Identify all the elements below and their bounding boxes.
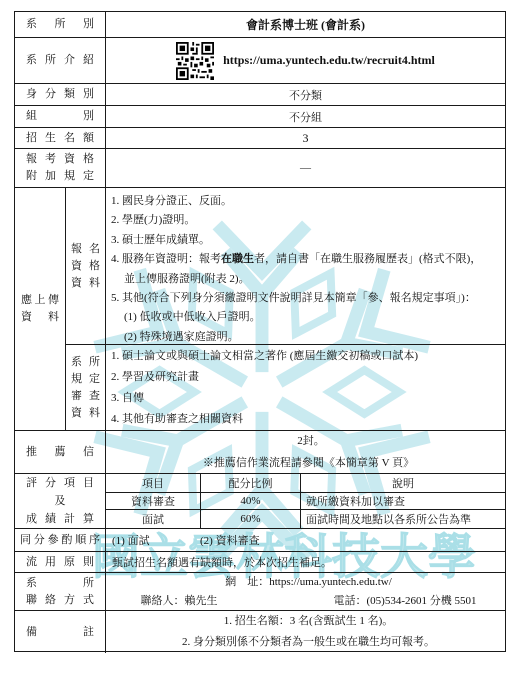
person-name: 賴先生: [185, 595, 218, 607]
extra-rule-value-cell: —: [106, 149, 505, 187]
row-label: 身分類別: [26, 86, 94, 103]
row-label-line2: 附加規定: [26, 168, 94, 185]
sublabel-line3: 審查: [71, 388, 100, 405]
website-url: https://uma.yuntech.edu.tw/: [269, 573, 392, 592]
row-label-line2: 資料: [21, 309, 59, 326]
contact-website-line: 網 址：https://uma.yuntech.edu.tw/: [225, 573, 392, 592]
table-row-quota: 招生名額 3: [15, 128, 505, 149]
table-row-transfer: 流用原則 甄試招生名額遇有缺額時，於本次招生補足。: [15, 552, 505, 573]
register-item-1: 1. 國民身分證正、反面。: [111, 192, 501, 211]
row-label: 推薦信: [26, 444, 94, 461]
upload-label-cell: 應上傳 資料: [15, 188, 66, 430]
phone-label: 電話：: [334, 595, 367, 607]
row-label: 組別: [26, 108, 94, 125]
tiebreak-label-cell: 同分參酌順序: [15, 529, 106, 551]
quota-value-cell: 3: [106, 128, 505, 148]
contact-person: 聯絡人：賴先生: [141, 592, 334, 611]
score-inner-table: 項目 配分比例 說明 資料審查 40% 就所繳資料加以審查 面試 60% 面試時…: [106, 474, 505, 528]
row-label: 招生名額: [26, 130, 94, 147]
item4-bold: 在職生: [221, 253, 254, 265]
row-label-line3: 成績計算: [26, 510, 94, 528]
review-docs-label-cell: 系所 規定 審查 資料: [66, 345, 106, 430]
table-row-contact: 系所 聯絡方式 網 址：https://uma.yuntech.edu.tw/ …: [15, 573, 505, 611]
notes-label-cell: 備註: [15, 611, 106, 653]
transfer-label-cell: 流用原則: [15, 552, 106, 572]
sublabel-line2: 資格: [71, 258, 100, 275]
contact-person-line: 聯絡人：賴先生 電話：(05)534-2601 分機 5501: [141, 592, 477, 611]
score-row-interview: 面試 60% 面試時間及地點以各系所公告為準: [106, 510, 505, 528]
recommendation-label-cell: 推薦信: [15, 431, 106, 473]
header-text: 說明: [392, 475, 414, 491]
sublabel-line1: 系所: [71, 354, 100, 371]
row-label: 同分參酌順序: [20, 532, 100, 549]
department-name: 會計系博士班 (會計系): [246, 16, 365, 33]
table-row-notes: 備註 1. 招生名額：3 名(含甄試生 1 名)。 2. 身分類別係不分類者為一…: [15, 611, 505, 653]
review-item-3: 3. 自傳: [111, 388, 501, 409]
register-item-5-1: (1) 低收或中低收入戶證明。: [124, 308, 501, 327]
recommendation-count: 2封。: [292, 431, 325, 453]
table-row-extra-rule: 報考資格 附加規定 —: [15, 149, 505, 188]
score-item-ratio: 60%: [201, 510, 301, 528]
recommendation-note: ※推薦信作業流程請參閱《本簡章第 V 頁》: [203, 453, 414, 475]
quota-label-cell: 招生名額: [15, 128, 106, 148]
group-value: 不分組: [289, 109, 322, 125]
sublabel-line4: 資料: [71, 405, 100, 422]
intro-label-cell: 系所介紹: [15, 38, 106, 83]
department-value-cell: 會計系博士班 (會計系): [106, 12, 505, 37]
category-value: 不分類: [289, 87, 322, 103]
header-text: 項目: [142, 475, 164, 491]
register-item-4-cont: 並上傳服務證明(附表 2)。: [124, 270, 501, 289]
cell-text: 資料審查: [131, 493, 175, 509]
item4-pre: 4. 服務年資證明：報考: [111, 253, 221, 265]
table-row-recommendation: 推薦信 2封。 ※推薦信作業流程請參閱《本簡章第 V 頁》: [15, 431, 505, 474]
row-label-line2: 及: [26, 492, 94, 510]
tiebreak-item-1: (1) 面試: [112, 532, 200, 548]
cell-text: 就所繳資料加以審查: [306, 493, 405, 509]
department-label-cell: 系所別: [15, 12, 106, 37]
row-label: 備註: [26, 624, 94, 641]
review-item-4: 4. 其他有助審查之相關資料: [111, 409, 501, 430]
register-item-3: 3. 碩士歷年成績單。: [111, 231, 501, 250]
item4-post: 者，請自書「在職生服務履歷表」(格式不限)，: [254, 253, 481, 265]
score-item-note: 面試時間及地點以各系所公告為準: [301, 510, 505, 528]
cell-text: 面試: [142, 511, 164, 527]
table-row-upload: 應上傳 資料 報名 資格 資料 1. 國民身分證正、反面。 2. 學歷(力)證明…: [15, 188, 505, 431]
upload-subrows: 報名 資格 資料 1. 國民身分證正、反面。 2. 學歷(力)證明。 3. 碩士…: [66, 188, 505, 430]
group-label-cell: 組別: [15, 106, 106, 127]
table-row-score: 評分項目 及 成績計算 項目 配分比例 說明 資料審查 40% 就所繳資料加以審…: [15, 474, 505, 529]
tiebreak-value-cell: (1) 面試 (2) 資料審查: [106, 529, 505, 551]
register-docs-content: 1. 國民身分證正、反面。 2. 學歷(力)證明。 3. 碩士歷年成績單。 4.…: [106, 188, 505, 344]
table-row-department: 系所別 會計系博士班 (會計系): [15, 12, 505, 38]
intro-url: https://uma.yuntech.edu.tw/recruit4.html: [223, 53, 435, 68]
table-row-tiebreak: 同分參酌順序 (1) 面試 (2) 資料審查: [15, 529, 505, 552]
sublabel-line1: 報名: [71, 241, 100, 258]
contact-phone: 電話：(05)534-2601 分機 5501: [334, 592, 477, 611]
cell-text: 面試時間及地點以各系所公告為準: [306, 511, 471, 527]
phone-number: (05)534-2601 分機 5501: [367, 595, 477, 607]
header-text: 配分比例: [229, 475, 273, 491]
notes-value-cell: 1. 招生名額：3 名(含甄試生 1 名)。 2. 身分類別係不分類者為一般生或…: [106, 611, 505, 653]
table-row-group: 組別 不分組: [15, 106, 505, 128]
score-item-ratio: 40%: [201, 493, 301, 510]
sublabel-line2: 規定: [71, 371, 100, 388]
cell-text: 60%: [240, 513, 260, 525]
review-item-2: 2. 學習及研究計畫: [111, 367, 501, 388]
row-label-line1: 報考資格: [26, 151, 94, 168]
score-header-row: 項目 配分比例 說明: [106, 474, 505, 493]
score-row-review: 資料審查 40% 就所繳資料加以審查: [106, 493, 505, 511]
person-label: 聯絡人：: [141, 595, 185, 607]
table-row-intro: 系所介紹: [15, 38, 505, 84]
row-label-line1: 系所: [26, 575, 94, 592]
score-header-note: 說明: [301, 474, 505, 492]
score-item-name: 資料審查: [106, 493, 201, 510]
note-line-1: 1. 招生名額：3 名(含甄試生 1 名)。: [224, 611, 394, 632]
row-label-line2: 聯絡方式: [26, 592, 94, 609]
review-docs-content: 1. 碩士論文或與碩士論文相當之著作 (應屆生繳交初稿或口試本) 2. 學習及研…: [106, 345, 505, 430]
register-item-5: 5. 其他(符合下列身分須繳證明文件說明詳見本簡章「參、報名規定事項」)：: [111, 289, 501, 308]
score-label-cell: 評分項目 及 成績計算: [15, 474, 106, 528]
contact-label-cell: 系所 聯絡方式: [15, 573, 106, 610]
website-label: 網 址：: [225, 573, 269, 592]
row-label-line1: 評分項目: [26, 474, 94, 492]
admission-info-table: 系所別 會計系博士班 (會計系) 系所介紹: [14, 11, 506, 652]
category-label-cell: 身分類別: [15, 84, 106, 105]
tiebreak-item-2: (2) 資料審查: [200, 532, 260, 548]
sublabel-line3: 資料: [71, 275, 100, 292]
register-item-2: 2. 學歷(力)證明。: [111, 211, 501, 230]
score-header-ratio: 配分比例: [201, 474, 301, 492]
quota-value: 3: [303, 131, 309, 146]
table-row-category: 身分類別 不分類: [15, 84, 505, 106]
cell-text: 40%: [240, 495, 260, 507]
contact-value-cell: 網 址：https://uma.yuntech.edu.tw/ 聯絡人：賴先生 …: [106, 573, 505, 610]
group-value-cell: 不分組: [106, 106, 505, 127]
row-label: 系所別: [26, 16, 94, 33]
intro-value-cell: https://uma.yuntech.edu.tw/recruit4.html: [106, 38, 505, 83]
register-item-4: 4. 服務年資證明：報考在職生者，請自書「在職生服務履歷表」(格式不限)，: [111, 250, 501, 269]
recommendation-value-cell: 2封。 ※推薦信作業流程請參閱《本簡章第 V 頁》: [106, 431, 505, 473]
qr-code-icon: [176, 42, 214, 80]
row-label: 系所介紹: [26, 52, 94, 69]
extra-rule-label-cell: 報考資格 附加規定: [15, 149, 106, 187]
register-docs-label-cell: 報名 資格 資料: [66, 188, 106, 344]
transfer-value: 甄試招生名額遇有缺額時，於本次招生補足。: [112, 554, 332, 570]
score-item-name: 面試: [106, 510, 201, 528]
extra-rule-value: —: [300, 162, 311, 174]
row-label: 流用原則: [26, 554, 94, 571]
register-docs-subrow: 報名 資格 資料 1. 國民身分證正、反面。 2. 學歷(力)證明。 3. 碩士…: [66, 188, 505, 345]
category-value-cell: 不分類: [106, 84, 505, 105]
admission-document-page: 國立雲林科技大學 系所別 會計系博士班 (會計系) 系所介紹: [0, 0, 520, 675]
review-docs-subrow: 系所 規定 審查 資料 1. 碩士論文或與碩士論文相當之著作 (應屆生繳交初稿或…: [66, 345, 505, 430]
score-header-item: 項目: [106, 474, 201, 492]
score-item-note: 就所繳資料加以審查: [301, 493, 505, 510]
row-label-line1: 應上傳: [21, 292, 59, 309]
note-line-2: 2. 身分類別係不分類者為一般生或在職生均可報考。: [182, 632, 435, 653]
review-item-1: 1. 碩士論文或與碩士論文相當之著作 (應屆生繳交初稿或口試本): [111, 346, 501, 367]
transfer-value-cell: 甄試招生名額遇有缺額時，於本次招生補足。: [106, 552, 505, 572]
